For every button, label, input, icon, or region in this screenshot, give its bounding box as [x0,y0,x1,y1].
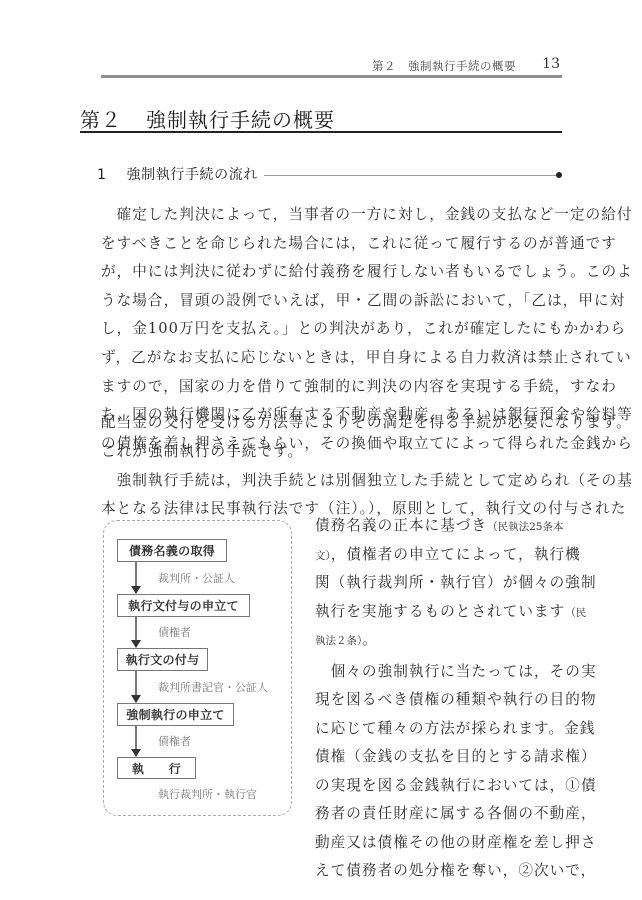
text-line: えて債務者の処分権を奪い，②次いで， [315,859,596,880]
text-line: 債務名義の正本に基づき（民執法25条本 [315,514,563,535]
text-line: ず，乙がなお支払に応じないときは，甲自身による自力救済は禁止されてい [101,346,632,367]
text-line: 務者の責任財産に属する各個の不動産， [315,802,597,823]
flow-step-writ-application: 執行文付与の申立て [117,594,250,617]
arrow-down-icon [135,562,137,593]
text-line: の実現を図る金銭執行においては，①債 [315,774,597,795]
statute-reference: （民 [565,607,586,619]
chapter-title: 第２強制執行手続の概要 [80,104,335,133]
text-line: 強制執行手続は，判決手続とは別個独立した手続として定められ（その基 [101,469,633,490]
text-line: 執行を実施するものとされています（民 [315,600,586,621]
text-line: 現を図るべき債権の種類や執行の目的物 [315,688,597,709]
text-line: これが強制執行の手続です。 [101,440,303,461]
text-line: うな場合，冒頭の設例でいえば，甲・乙間の訴訟において，「乙は，甲に対 [101,289,625,310]
running-header: 第２ 強制執行手続の概要 13 [101,52,562,76]
text-line: 文），債権者の申立てによって，執行機 [315,543,581,564]
statute-reference: 文） [315,550,331,562]
text-line: 確定した判決によって，当事者の一方に対し，金銭の支払など一定の給付 [101,203,633,224]
header-rule [101,75,562,78]
arrow-down-icon [135,671,137,702]
text-line: 個々の強制執行に当たっては，その実 [315,660,597,681]
section-rule [260,175,558,176]
statute-reference: （民執法25条本 [487,521,563,533]
text-line: し，金100万円を支払え。」との判決があり，これが確定したにもかかわら [101,317,626,338]
chapter-title-text: 強制執行手続の概要 [146,108,335,132]
chapter-number: 第２ [80,108,122,132]
text-line: 動産又は債権その他の財産権を差し押さ [315,831,597,852]
running-header-title: 第２ 強制執行手続の概要 [372,58,516,74]
section-number: 1 [97,167,107,183]
text-line: に応じて種々の方法が採られます。金銭 [315,717,595,738]
flow-actor: 債権者 [158,733,191,749]
flow-actor: 裁判所書記官・公証人 [158,679,268,695]
section-rule-end-dot [556,172,562,178]
flow-step-execution: 執 行 [117,757,196,779]
text-line: ますので，国家の力を借りて強制的に判決の内容を実現する手続，すなわ [101,375,617,396]
text-line: 配当金の交付を受ける方法等によりその満足を得る手続が必要になります。 [101,411,632,432]
flow-step-debt-title: 債務名義の取得 [117,539,227,562]
page-number: 13 [542,56,560,72]
text-line: をすべきことを命じられた場合には，これに従って履行するのが普通です [101,232,617,253]
chapter-rule [80,131,562,133]
section-title: 1強制執行手続の流れ [97,164,264,184]
flow-step-enforcement-application: 強制執行の申立て [117,703,234,726]
flow-step-writ-grant: 執行文の付与 [117,648,208,671]
text-line: 執法２条）。 [315,628,378,649]
flow-actor: 裁判所・公証人 [158,570,235,586]
text-line: 債権（金銭の支払を目的とする請求権） [315,745,597,766]
flow-actor: 執行裁判所・執行官 [158,786,257,802]
statute-reference: 執法２条） [315,635,362,647]
text-line: が，中には判決に従わずに給付義務を履行しない者もいるでしょう。このよ [101,260,633,281]
arrow-down-icon [135,617,137,647]
flow-actor: 債権者 [158,624,191,640]
section-heading: 1強制執行手続の流れ [80,164,562,186]
arrow-down-icon [135,726,137,756]
section-title-text: 強制執行手続の流れ [127,167,258,183]
text-line: 関（執行裁判所・執行官）が個々の強制 [315,571,597,592]
